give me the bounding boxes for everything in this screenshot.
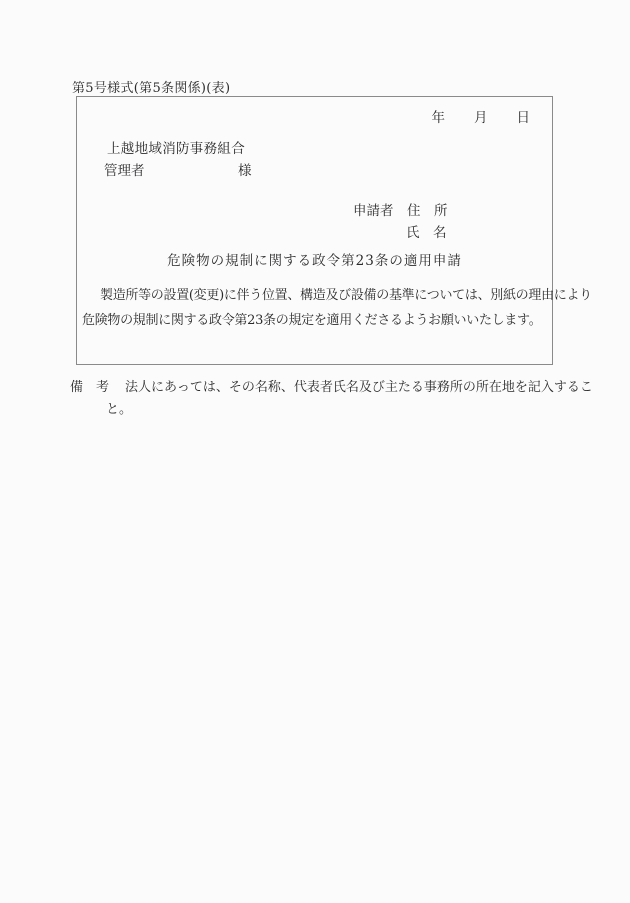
body-line-1: 製造所等の設置(変更)に伴う位置、構造及び設備の基準については、別紙の理由により — [82, 284, 550, 309]
remarks-note: 備 考 法人にあっては、その名称、代表者氏名及び主たる事務所の所在地を記入するこ… — [70, 377, 582, 421]
applicant-address-line: 申請者 住 所 — [353, 200, 448, 222]
body-line-2: 危険物の規制に関する政令第23条の規定を適用くださるようお願いいたします。 — [82, 309, 550, 334]
date-line: 年 月 日 — [432, 106, 531, 126]
day-label: 日 — [517, 106, 531, 126]
remarks-label: 備 考 — [70, 377, 109, 399]
addressee-honorific: 様 — [238, 159, 252, 179]
month-label: 月 — [474, 106, 488, 126]
applicant-name-line: 氏 名 — [353, 222, 448, 244]
addressee-role: 管理者 — [104, 163, 145, 179]
document-page: 第5号様式(第5条関係)(表) 年 月 日 上越地域消防事務組合 管理者 様 申… — [0, 0, 630, 903]
body-paragraph: 製造所等の設置(変更)に伴う位置、構造及び設備の基準については、別紙の理由により… — [82, 284, 550, 333]
remarks-text-line-2: と。 — [70, 399, 582, 421]
year-label: 年 — [432, 106, 446, 126]
remarks-text-line-1: 法人にあっては、その名称、代表者氏名及び主たる事務所の所在地を記入するこ — [125, 377, 593, 399]
applicant-block: 申請者 住 所 氏 名 — [353, 200, 448, 244]
addressee-organization: 上越地域消防事務組合 — [107, 137, 245, 157]
addressee-row: 管理者 様 — [104, 159, 344, 177]
application-form-box: 年 月 日 上越地域消防事務組合 管理者 様 申請者 住 所 氏 名 危険物の規… — [76, 96, 553, 365]
document-title: 危険物の規制に関する政令第23条の適用申請 — [77, 249, 552, 269]
form-number-label: 第5号様式(第5条関係)(表) — [72, 77, 230, 96]
